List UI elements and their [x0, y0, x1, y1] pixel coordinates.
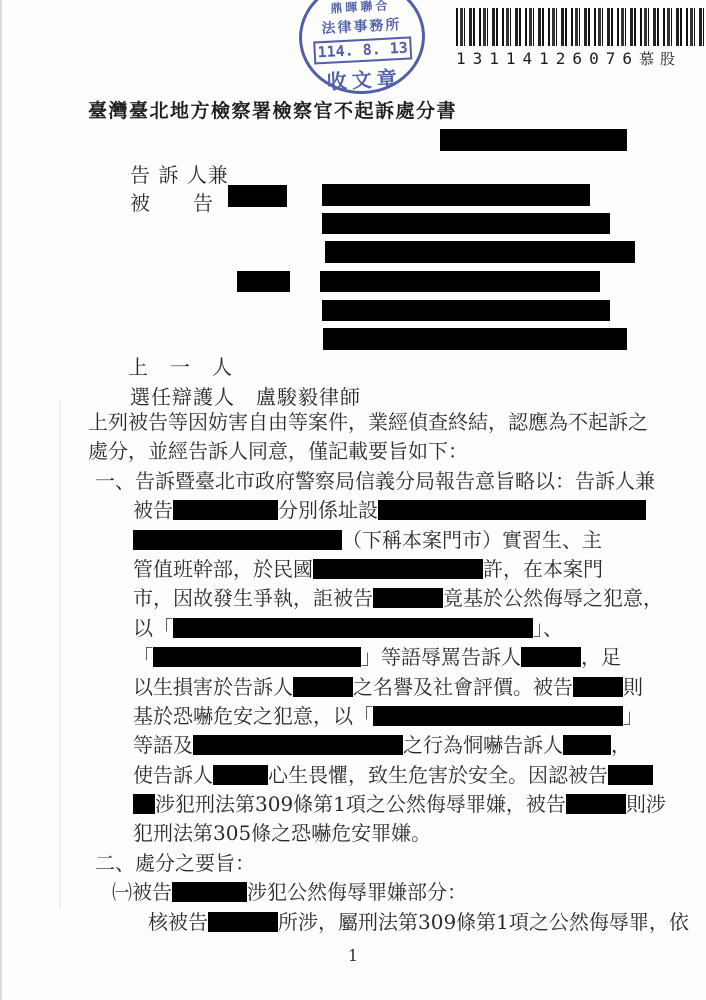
document-line: 一、告訴暨臺北市政府警察局信義分局報告意旨略以：告訴人兼 — [0, 467, 706, 496]
defense-counsel-line: 選任辯護人 盧駿毅律師 — [130, 381, 361, 410]
document-line: 基於恐嚇危安之犯意，以「」 — [0, 702, 706, 731]
line-text: 犯刑法第305條之恐嚇危安罪嫌。 — [133, 821, 431, 845]
redaction-bar — [293, 677, 353, 697]
stamp-label: 收文章 — [303, 61, 424, 96]
line-text: 市，因故發生爭執，詎被告 — [133, 586, 373, 610]
line-text: 」、 — [533, 616, 563, 640]
barcode-text: 13114126076慕股 — [456, 48, 704, 69]
line-text: 被告 — [133, 498, 173, 522]
redaction-bar — [237, 271, 290, 292]
line-text: 一、告訴暨臺北市政府警察局信義分局報告意旨略以：告訴人兼 — [95, 469, 655, 493]
line-text: 」 — [623, 704, 643, 728]
redaction-bar — [228, 185, 287, 207]
document-line: 「」等語辱罵告訴人，足 — [0, 643, 706, 672]
redaction-bar — [153, 647, 361, 667]
document-line: ㈠被告涉犯公然侮辱罪嫌部分： — [0, 878, 706, 907]
line-text: 之行為恫嚇告訴人 — [403, 733, 563, 757]
document-line: 使告訴人心生畏懼，致生危害於安全。因認被告 — [0, 761, 706, 790]
redaction-bar — [173, 500, 278, 520]
line-text: （下稱本案門市）實習生、主 — [342, 528, 602, 552]
line-text: 涉犯公然侮辱罪嫌部分： — [247, 880, 467, 904]
another-person-label: 上 一 人 — [128, 351, 233, 380]
case-barcode: 13114126076慕股 — [456, 8, 704, 69]
barcode-number: 13114126076 — [456, 49, 639, 68]
document-line: 被告分別係址設 — [0, 496, 706, 525]
document-body: 上列被告等因妨害自由等案件，業經偵查終結，認應為不起訴之處分，並經告訴人同意，僅… — [0, 408, 706, 937]
line-text: 」等語辱罵告訴人 — [361, 645, 521, 669]
line-text: 許，在本案門 — [483, 557, 603, 581]
document-line: 以生損害於告訴人之名譽及社會評價。被告則 — [0, 673, 706, 702]
document-line: 等語及之行為恫嚇告訴人， — [0, 731, 706, 760]
redaction-bar — [313, 559, 483, 579]
line-text: 核被告 — [148, 910, 208, 934]
redaction-bar — [323, 328, 627, 350]
page-number: 1 — [0, 946, 706, 965]
case-number-redaction-bar — [440, 129, 627, 151]
line-text: 所涉，屬刑法第309條第1項之公然侮辱罪，依 — [278, 910, 689, 934]
redaction-bar — [320, 271, 600, 292]
redaction-bar — [325, 241, 635, 263]
redaction-bar — [373, 706, 623, 726]
redaction-bar — [573, 677, 623, 697]
line-text: 「 — [133, 645, 153, 669]
line-text: 心生畏懼，致生危害於安全。因認被告 — [268, 763, 608, 787]
line-text: ，足 — [581, 645, 621, 669]
document-title: 臺灣臺北地方檢察署檢察官不起訴處分書 — [88, 96, 457, 123]
document-line: 以「」、 — [0, 614, 706, 643]
complainant-role-label: 告 訴 人兼 — [130, 159, 229, 188]
line-text: 竟基於公然侮辱之犯意， — [443, 586, 663, 610]
document-line: 市，因故發生爭執，詎被告竟基於公然侮辱之犯意， — [0, 584, 706, 613]
line-text: 等語及 — [133, 733, 193, 757]
document-line: （下稱本案門市）實習生、主 — [0, 526, 706, 555]
document-line: 二、處分之要旨： — [0, 849, 706, 878]
redaction-bar — [213, 765, 268, 785]
line-text: 則 — [623, 675, 643, 699]
redaction-bar — [322, 184, 590, 206]
redaction-bar — [373, 588, 443, 608]
defense-counsel-name: 盧駿毅律師 — [256, 385, 361, 409]
redaction-bar — [521, 647, 581, 667]
line-text: 分別係址設 — [278, 498, 378, 522]
scanned-legal-document-page: 鼎暉聯合 法律事務所 114. 8. 13 收文章 13114126076慕股 … — [0, 0, 706, 1000]
redaction-bar — [133, 794, 155, 814]
redaction-bar — [322, 213, 610, 234]
barcode-bars — [456, 8, 704, 46]
redaction-bar — [566, 794, 626, 814]
line-text: ， — [611, 733, 631, 757]
line-text: 則涉 — [626, 792, 666, 816]
document-line: 涉犯刑法第309條第1項之公然侮辱罪嫌，被告則涉 — [0, 790, 706, 819]
line-text: 基於恐嚇危安之犯意，以「 — [133, 704, 373, 728]
redaction-bar — [193, 735, 403, 755]
document-line: 核被告所涉，屬刑法第309條第1項之公然侮辱罪，依 — [0, 908, 706, 937]
line-text: 涉犯刑法第309條第1項之公然侮辱罪嫌，被告 — [155, 792, 566, 816]
line-text: 管值班幹部，於民國 — [133, 557, 313, 581]
redaction-bar — [173, 618, 533, 638]
document-line: 處分，並經告訴人同意，僅記載要旨如下： — [0, 437, 706, 466]
redaction-bar — [208, 912, 278, 932]
defendant-role-label: 被 告 — [130, 187, 214, 216]
redaction-bar — [172, 882, 247, 902]
redaction-bar — [322, 300, 610, 321]
line-text: 以生損害於告訴人 — [133, 675, 293, 699]
redaction-bar — [608, 765, 653, 785]
document-line: 犯刑法第305條之恐嚇危安罪嫌。 — [0, 819, 706, 848]
redaction-bar — [563, 735, 611, 755]
line-text: 使告訴人 — [133, 763, 213, 787]
line-text: 以「 — [133, 616, 173, 640]
line-text: 處分，並經告訴人同意，僅記載要旨如下： — [88, 439, 468, 463]
line-text: 上列被告等因妨害自由等案件，業經偵查終結，認應為不起訴之 — [88, 410, 648, 434]
defense-counsel-label: 選任辯護人 — [130, 385, 235, 409]
barcode-unit-suffix: 慕股 — [639, 50, 681, 68]
stamp-date: 114. 8. 13 — [313, 36, 412, 64]
redaction-bar — [133, 530, 342, 550]
redaction-bar — [378, 500, 646, 520]
law-firm-receipt-stamp: 鼎暉聯合 法律事務所 114. 8. 13 收文章 — [296, 0, 428, 97]
document-line: 管值班幹部，於民國許，在本案門 — [0, 555, 706, 584]
line-text: 之名譽及社會評價。被告 — [353, 675, 573, 699]
document-line: 上列被告等因妨害自由等案件，業經偵查終結，認應為不起訴之 — [0, 408, 706, 437]
line-text: 二、處分之要旨： — [95, 851, 255, 875]
line-text: ㈠被告 — [112, 880, 172, 904]
